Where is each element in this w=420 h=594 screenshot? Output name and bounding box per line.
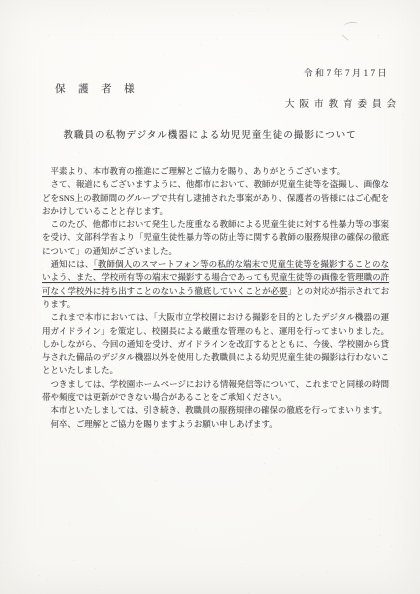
notice-quote-prefix: 通知には、 — [50, 259, 93, 269]
letter-date: 令和7年7月17日 — [303, 66, 389, 79]
paragraph-incident-report: さて、報道にもございますように、他都市において、教師が児童生徒等を盗撮し、画像な… — [42, 178, 389, 218]
paragraph-homepage-notice: つきましては、学校園ホームページにおける情報発信等について、これまでと同様の時間… — [42, 378, 389, 405]
paragraph-notice-quote: 通知には、「教師個人のスマートフォン等の私的な端末で児童生徒等を撮影することのな… — [42, 258, 389, 311]
letter-title: 教職員の私物デジタル機器による幼児児童生徒の撮影について — [0, 127, 420, 141]
paragraph-city-guideline: これまで本市においては、「大阪市立学校園における撮影を目的としたデジタル機器の運… — [42, 311, 389, 377]
paragraph-commitment: 本市といたしましては、引き続き、教職員の服務規律の確保の徹底を行ってまいります。 — [42, 404, 389, 417]
letter-recipient: 保護者様 — [55, 81, 147, 96]
scanned-letter-page: 令和7年7月17日 保護者様 大阪市教育委員会 教職員の私物デジタル機器による幼… — [0, 0, 420, 594]
letter-body: 平素より、本市教育の推進にご理解とご協力を賜り、ありがとうございます。 さて、報… — [42, 165, 389, 431]
letter-sender: 大阪市教育委員会 — [285, 96, 401, 110]
paragraph-greeting: 平素より、本市教育の推進にご理解とご協力を賜り、ありがとうございます。 — [42, 165, 389, 178]
scan-noise — [0, 0, 1, 1]
paragraph-mext-notice: このたび、他都市において発生した度重なる教師による児童生徒に対する性暴力等の事案… — [42, 218, 389, 258]
scan-artifact-tick — [342, 35, 349, 41]
paragraph-closing: 何卒、ご理解とご協力を賜りますようお願い申しあげます。 — [42, 418, 389, 431]
scan-artifact-squiggle — [344, 22, 358, 29]
